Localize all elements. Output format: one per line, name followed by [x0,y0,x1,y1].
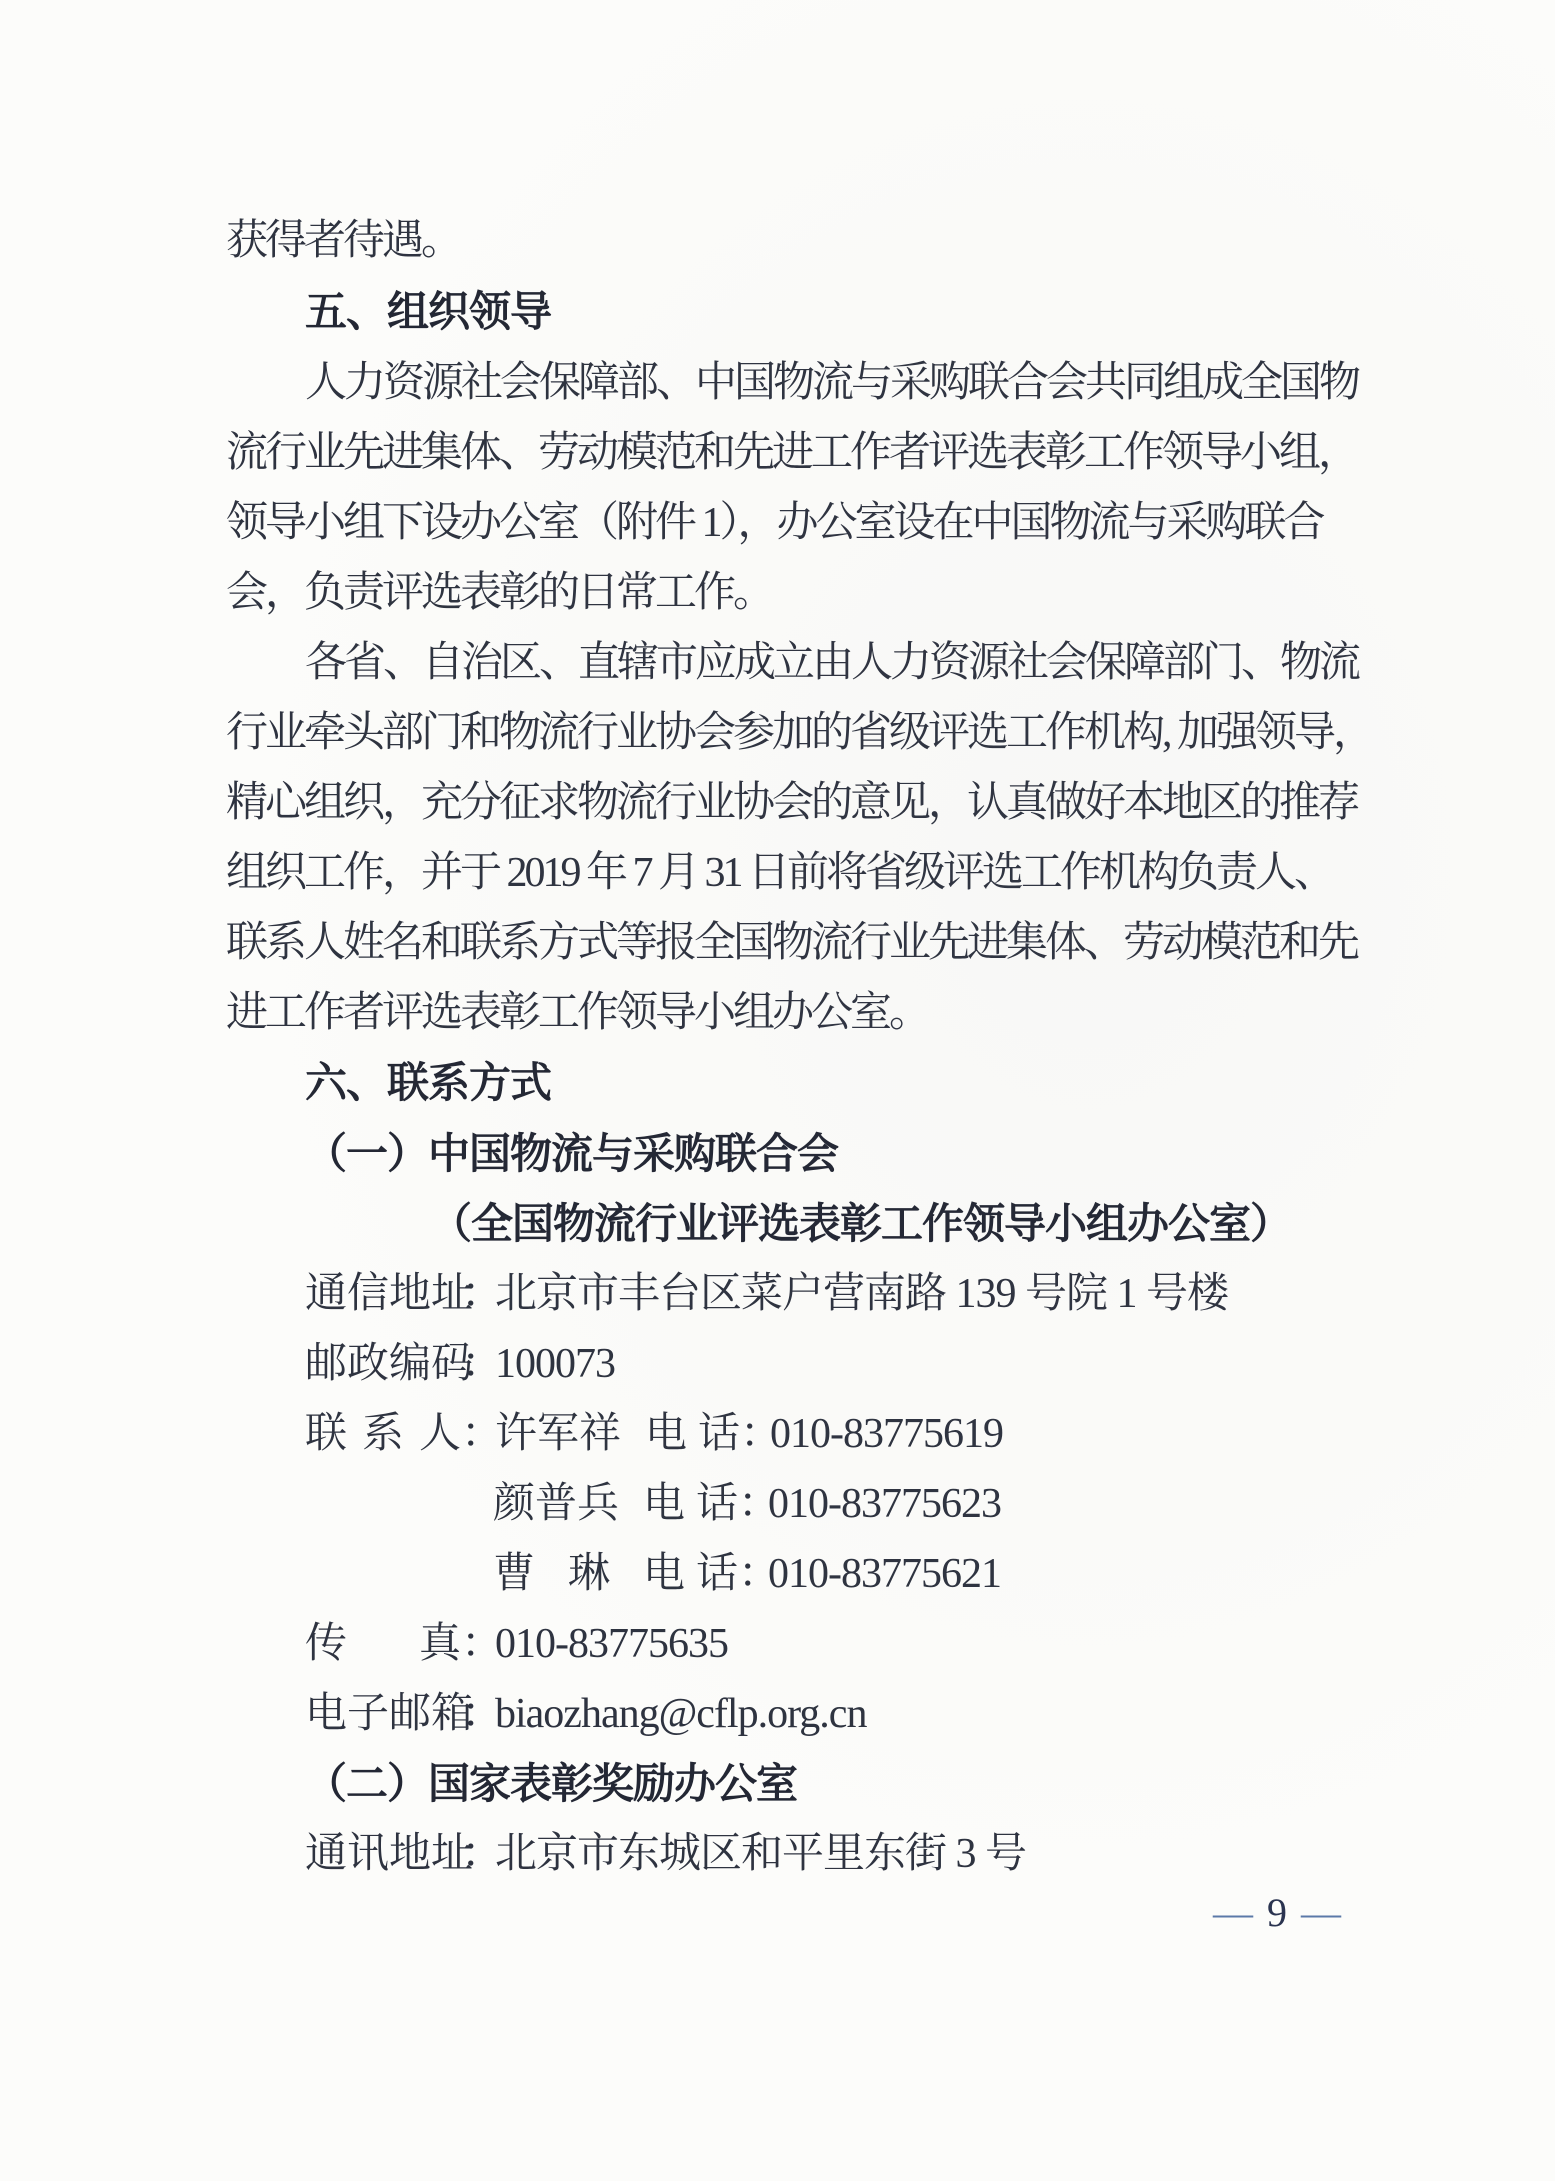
para2-line1: 各省、自治区、直辖市应成立由人力资源社会保障部门、物流 [305,642,1358,684]
contact-name: 颜普兵 [493,1483,610,1525]
org1-contact-line-3: 曹琳电话：010-83775621 [493,1553,1001,1595]
phone-number: 010-83775621 [768,1553,1001,1595]
page-number-dash-right: — [1301,1890,1341,1935]
fax-number: 010-83775635 [495,1623,728,1665]
document-page: 获得者待遇。 五、组织领导 人力资源社会保障部、中国物流与采购联合会共同组成全国… [0,0,1555,2181]
colon: ： [461,1343,495,1385]
org1-subtitle: （全国物流行业评选表彰工作领导小组办公室） [430,1203,1291,1245]
section5-heading: 五、组织领导 [305,291,551,333]
colon: ： [461,1623,495,1665]
org1-contact-line-2: 颜普兵电话：010-83775623 [493,1483,1001,1525]
email-value: biaozhang@cflp.org.cn [495,1693,866,1735]
org2-address-line: 通讯地址：北京市东城区和平里东街 3 号 [305,1833,1026,1875]
page-number: —9— [1213,1893,1341,1933]
para2-line3: 精心组织，充分征求物流行业协会的意见，认真做好本地区的推荐 [226,782,1357,824]
org1-fax-line: 传真：010-83775635 [305,1623,728,1665]
org1-postcode-line: 邮政编码：100073 [305,1343,615,1385]
colon: ： [740,1413,770,1455]
phone-number: 010-83775623 [768,1483,1001,1525]
contact-label: 联系人 [305,1413,461,1455]
org1-address-line: 通信地址：北京市丰台区菜户营南路 139 号院 1 号楼 [305,1273,1228,1315]
para2-line2: 行业牵头部门和物流行业协会参加的省级评选工作机构, 加强领导， [226,712,1372,754]
intro-line: 获得者待遇。 [226,220,460,262]
email-label: 电子邮箱 [305,1693,461,1735]
para1-line1: 人力资源社会保障部、中国物流与采购联合会共同组成全国物 [305,362,1358,404]
org2-title: （二）国家表彰奖励办公室 [305,1763,797,1805]
para2-line5: 联系人姓名和联系方式等报全国物流行业先进集体、劳动模范和先 [226,922,1357,964]
postcode-label: 邮政编码 [305,1343,461,1385]
page-number-dash-left: — [1213,1890,1253,1935]
section6-heading: 六、联系方式 [305,1062,551,1104]
phone-label: 电话 [645,1413,740,1455]
address-label: 通信地址 [305,1273,461,1315]
page-number-value: 9 [1267,1890,1287,1935]
phone-label: 电话 [643,1483,738,1525]
colon: ： [461,1693,495,1735]
address-label: 通讯地址 [305,1833,461,1875]
phone-number: 010-83775619 [770,1413,1003,1455]
phone-label: 电话 [643,1553,738,1595]
para1-line2: 流行业先进集体、劳动模范和先进工作者评选表彰工作领导小组， [226,432,1357,474]
colon: ： [738,1553,768,1595]
colon: ： [461,1273,495,1315]
para1-line4: 会，负责评选表彰的日常工作。 [226,572,772,614]
para2-line6: 进工作者评选表彰工作领导小组办公室。 [226,992,928,1034]
org1-email-line: 电子邮箱：biaozhang@cflp.org.cn [305,1693,866,1735]
para1-line3: 领导小组下设办公室（附件 1），办公室设在中国物流与采购联合 [226,502,1323,544]
address-value: 北京市丰台区菜户营南路 139 号院 1 号楼 [495,1273,1228,1315]
colon: ： [738,1483,768,1525]
postcode-value: 100073 [495,1343,615,1385]
org1-contact-line-1: 联系人：许军祥电话：010-83775619 [305,1413,1003,1455]
address-value: 北京市东城区和平里东街 3 号 [495,1833,1026,1875]
fax-label: 传真 [305,1623,461,1665]
org1-title: （一）中国物流与采购联合会 [305,1133,838,1175]
contact-name: 曹琳 [493,1553,610,1595]
colon: ： [461,1833,495,1875]
contact-name: 许军祥 [495,1413,612,1455]
para2-line4: 组织工作，并于 2019 年 7 月 31 日前将省级评选工作机构负责人、 [226,852,1333,894]
colon: ： [461,1413,495,1455]
